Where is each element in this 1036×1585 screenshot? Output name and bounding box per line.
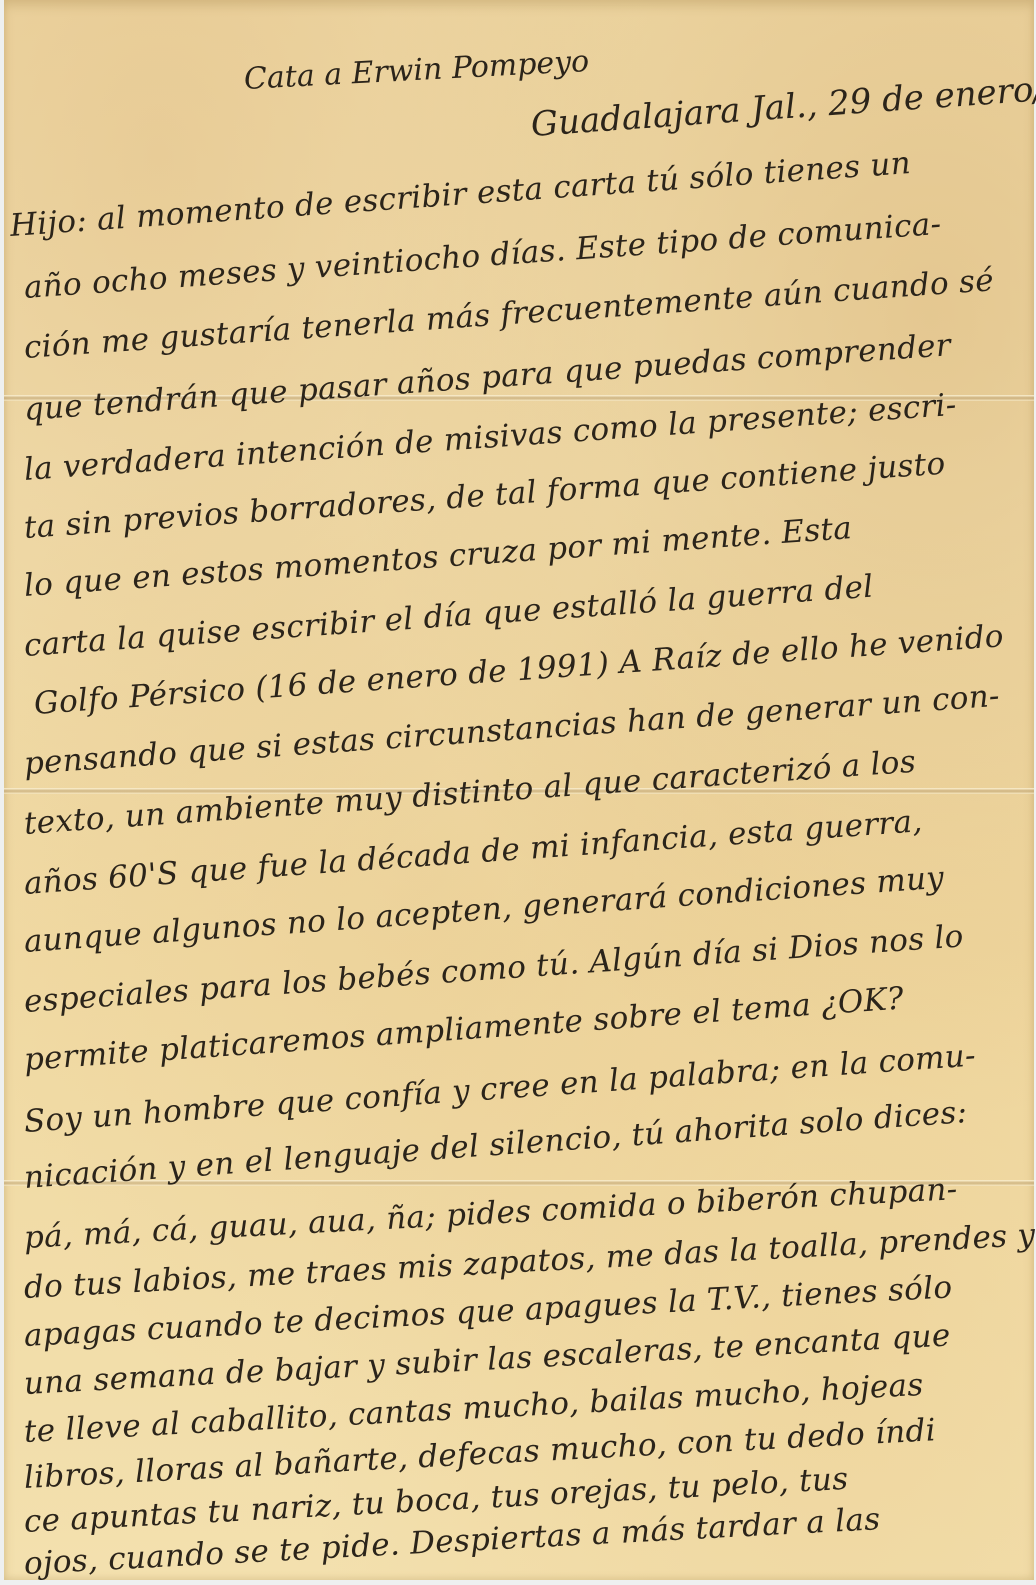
letter-title: Cata a Erwin Pompeyo — [243, 44, 590, 97]
letter-place-date: Guadalajara Jal., 29 de enero/90 — [530, 66, 1036, 145]
letter-paper: Cata a Erwin Pompeyo Guadalajara Jal., 2… — [4, 0, 1034, 1580]
